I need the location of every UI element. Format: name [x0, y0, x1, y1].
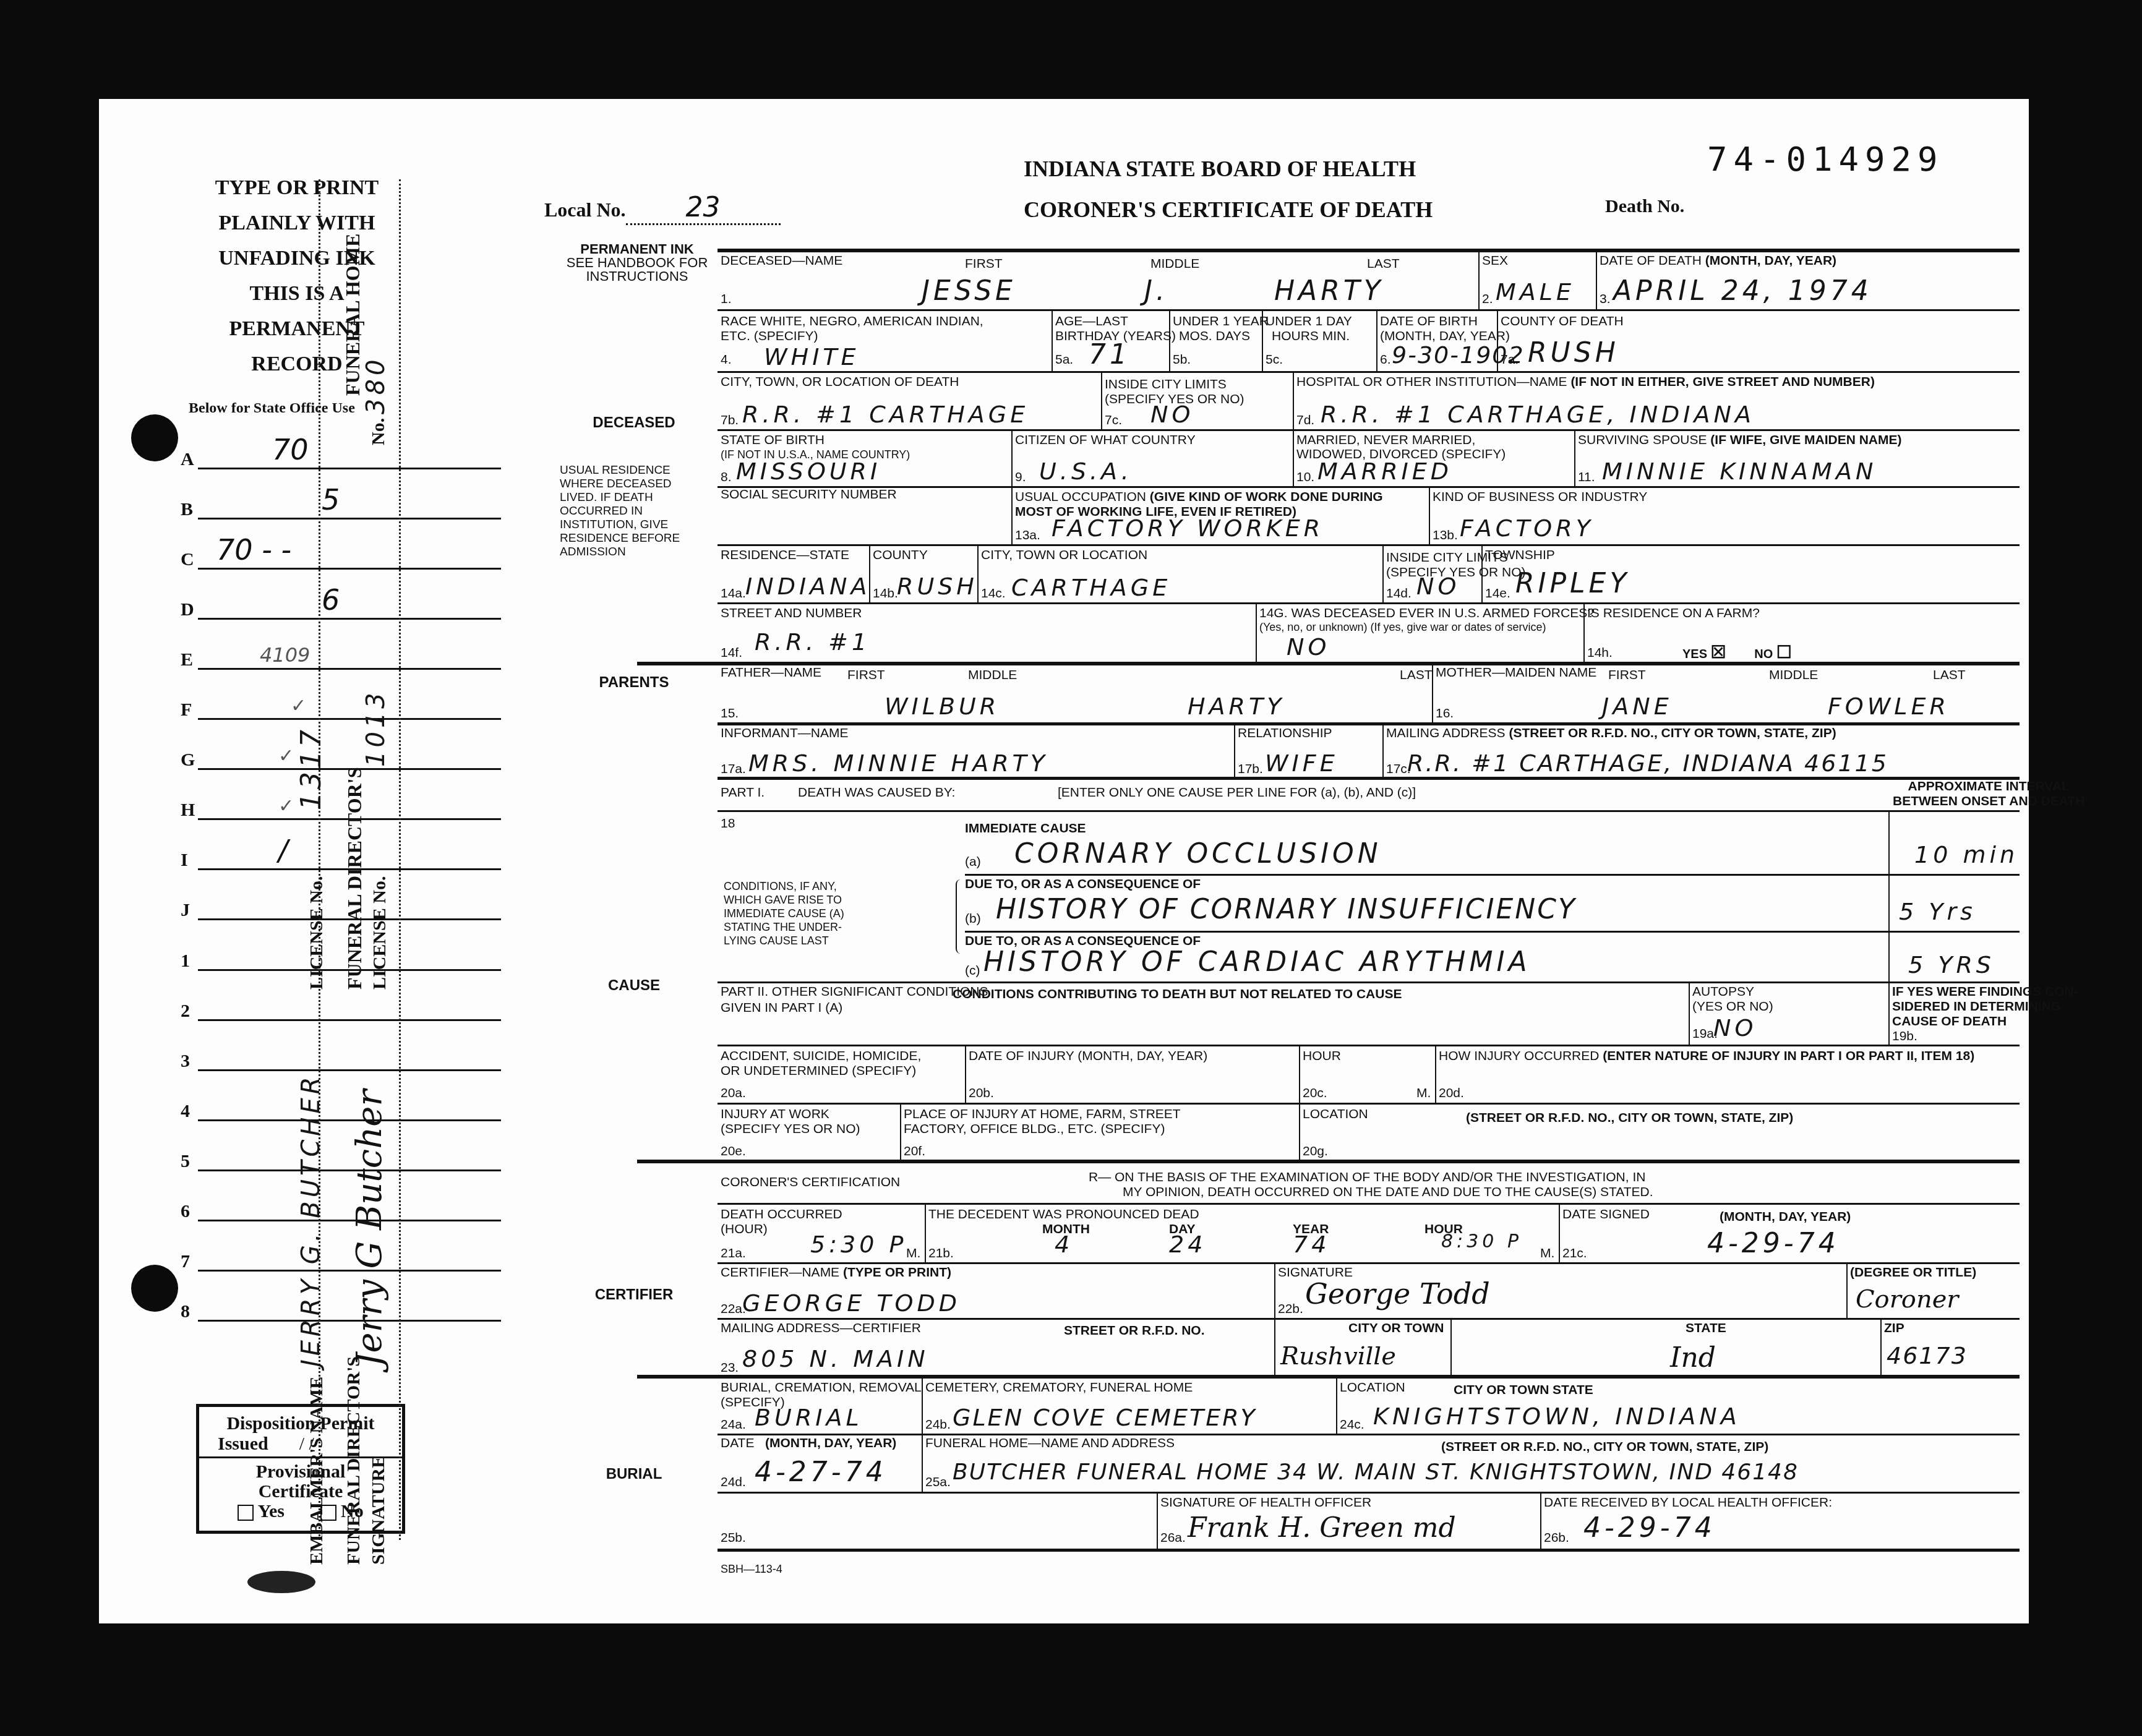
item-number: 13a. — [1015, 528, 1040, 543]
field-label: FIRST — [965, 257, 1003, 272]
field-label: LAST — [1400, 668, 1433, 683]
field-label: R— ON THE BASIS OF THE EXAMINATION OF TH… — [1089, 1170, 1645, 1185]
field-label: DATE OF INJURY (MONTH, DAY, YEAR) — [969, 1049, 1207, 1064]
field-label: APPROXIMATE INTERVALBETWEEN ONSET AND DE… — [1893, 779, 2084, 809]
item-number: 21a. — [721, 1246, 746, 1261]
vertical-rule — [965, 1046, 966, 1103]
form-text: 2 — [181, 1001, 190, 1022]
item-number: M. — [1540, 1246, 1554, 1261]
field-label: CEMETERY, CREMATORY, FUNERAL HOME — [925, 1380, 1193, 1395]
form-text: (IF WIFE, GIVE MAIDEN NAME) — [1710, 433, 1901, 447]
field-label: INFORMANT—NAME — [721, 726, 849, 741]
funeral-home-no: 380 — [362, 356, 390, 414]
field-label: OR UNDETERMINED (SPECIFY) — [721, 1064, 916, 1079]
field-label: THE DECEDENT WAS PRONOUNCED DEAD — [928, 1207, 1199, 1222]
form-text: HOSPITAL OR OTHER INSTITUTION—NAME — [1296, 375, 1567, 389]
horizontal-rule — [718, 429, 2020, 431]
permanent-ink-note: PERMANENT INK SEE HANDBOOK FOR INSTRUCTI… — [550, 242, 724, 283]
horizontal-rule — [718, 249, 2020, 252]
usual-residence-note: USUAL RESIDENCEWHERE DECEASEDLIVED. IF D… — [560, 464, 680, 559]
field-label: GIVEN IN PART I (A) — [721, 1001, 842, 1016]
item-number: 8. — [721, 470, 732, 485]
section-parents: PARENTS — [563, 674, 705, 691]
item-number: 24a. — [721, 1417, 746, 1432]
form-text: ADMISSION — [560, 545, 680, 559]
field-label: CORONER'S CERTIFICATION — [721, 1175, 900, 1190]
field-label: INJURY AT WORK — [721, 1107, 829, 1122]
item-number: 14h. — [1587, 646, 1613, 661]
form-text: SURVIVING SPOUSE — [1578, 433, 1707, 447]
embalmer-name: JERRY G. BUTCHER — [297, 1074, 325, 1367]
form-text: SEE HANDBOOK FOR — [550, 256, 724, 270]
field-label: HOSPITAL OR OTHER INSTITUTION—NAME (IF N… — [1296, 375, 1875, 390]
item-number: (a) — [965, 855, 981, 870]
horizontal-rule — [718, 1262, 2020, 1264]
item-number: 5a. — [1055, 353, 1073, 367]
form-text: (MONTH, DAY, YEAR) — [1705, 254, 1836, 268]
form-text: 4 — [181, 1101, 190, 1122]
item-number: 25b. — [721, 1531, 746, 1546]
form-code: SBH—113-4 — [721, 1562, 782, 1576]
local-no: Local No.23 — [544, 192, 781, 225]
race: WHITE — [764, 343, 860, 370]
street-and-number: R.R. #1 — [755, 628, 870, 656]
field-label: FACTORY, OFFICE BLDG., ETC. (SPECIFY) — [904, 1122, 1165, 1137]
horizontal-rule — [718, 1103, 2020, 1105]
field-label: LOCATION — [1340, 1380, 1405, 1395]
certifier-name: GEORGE TODD — [742, 1289, 961, 1317]
section-certifier: CERTIFIER — [563, 1286, 705, 1304]
form-title-block: INDIANA STATE BOARD OF HEALTH CORONER'S … — [1024, 148, 1433, 230]
item-number: 24c. — [1340, 1417, 1364, 1432]
horizontal-rule — [637, 1375, 2020, 1379]
vertical-rule — [1888, 983, 1890, 1045]
item-number: 6. — [1380, 353, 1391, 367]
vertical-rule — [1234, 724, 1235, 777]
field-label: CONDITIONS CONTRIBUTING TO DEATH BUT NOT… — [953, 987, 1402, 1002]
office-row-2: 2 — [198, 994, 501, 1021]
form-text: J — [181, 900, 190, 921]
form-text: WAS DECEASED EVER IN U.S. ARMED FORCES? — [1291, 606, 1595, 620]
item-number: 18 — [721, 816, 735, 831]
conditions-bracket — [956, 879, 963, 954]
field-label: SIGNATURE OF HEALTH OFFICER — [1160, 1495, 1371, 1510]
item-number: 20f. — [904, 1144, 925, 1159]
form-text: Issued — [218, 1434, 268, 1454]
horizontal-rule — [718, 810, 2020, 812]
field-label: (Yes, no, or unknown) (If yes, give war … — [1259, 620, 1546, 635]
vertical-rule — [1101, 372, 1102, 429]
form-text: LYING CAUSE LAST — [724, 934, 844, 947]
form-text: / — [278, 834, 288, 867]
form-text: CERTIFIER—NAME — [721, 1265, 839, 1280]
field-label: DUE TO, OR AS A CONSEQUENCE OF — [965, 877, 1201, 892]
horizontal-rule — [718, 371, 2020, 373]
field-label: DECEASED—NAME — [721, 254, 842, 268]
field-label: UNDER 1 DAY — [1266, 314, 1352, 329]
form-text: D — [181, 599, 194, 620]
item-number: 3. — [1600, 292, 1611, 307]
office-row-b: B5 — [198, 493, 501, 520]
residence-inside-limits: NO — [1416, 573, 1460, 600]
item-number: 14e. — [1485, 586, 1510, 601]
item-number: 7d. — [1296, 413, 1314, 428]
field-label: MOS. DAYS — [1179, 329, 1250, 344]
section-cause: CAUSE — [563, 977, 705, 994]
item-number: 7b. — [721, 413, 739, 428]
field-label: CITY OR TOWN — [1454, 1383, 1549, 1398]
vertical-rule — [1382, 724, 1384, 777]
field-label: LOCATION — [1303, 1107, 1368, 1122]
issued-row: Issued/ / — [199, 1434, 402, 1454]
mother-first-name: JANE — [1602, 693, 1673, 720]
farm-choice: YES ☒ NO ☐ — [1682, 642, 1792, 662]
marital-status: MARRIED — [1317, 458, 1452, 485]
funeral-home: BUTCHER FUNERAL HOME 34 W. MAIN ST. KNIG… — [953, 1460, 1799, 1485]
field-label: MIDDLE — [968, 668, 1017, 683]
field-label: HOURS MIN. — [1272, 329, 1350, 344]
field-label: DATE RECEIVED BY LOCAL HEALTH OFFICER: — [1544, 1495, 1832, 1510]
funeral-director-label: FUNERAL DIRECTOR'S — [343, 768, 366, 990]
instruction-line: TYPE OR PRINT — [99, 170, 495, 205]
vertical-rule — [925, 1204, 926, 1262]
certifier-state: Ind — [1670, 1342, 1716, 1374]
form-text: ✓ — [291, 695, 306, 717]
state-of-birth: MISSOURI — [736, 458, 881, 485]
horizontal-rule — [965, 874, 2020, 876]
field-label: MIDDLE — [1769, 668, 1818, 683]
form-text: 5 — [322, 483, 340, 516]
field-label: (DEGREE OR TITLE) — [1850, 1265, 1976, 1280]
farm-no-checkbox[interactable]: ☐ — [1776, 643, 1792, 662]
form-text: CONDITIONS, IF ANY, — [724, 879, 844, 893]
horizontal-rule — [965, 931, 2020, 933]
horizontal-rule — [718, 1492, 2020, 1494]
form-text: 6 — [181, 1201, 190, 1222]
section-burial: BURIAL — [563, 1466, 705, 1483]
cause-a: CORNARY OCCLUSION — [1014, 838, 1382, 870]
disposition-title: Disposition Permit — [199, 1407, 402, 1434]
form-text: HOW INJURY OCCURRED — [1439, 1049, 1599, 1063]
field-label: PART I. — [721, 785, 765, 800]
item-number: 24b. — [925, 1417, 951, 1432]
citizenship: U.S.A. — [1039, 458, 1133, 485]
form-text: ✓ — [278, 795, 294, 817]
horizontal-rule — [637, 662, 2020, 665]
field-label: DATE OF BIRTH — [1380, 314, 1478, 329]
kind-of-business: FACTORY — [1460, 515, 1594, 542]
form-text: INSTRUCTIONS — [550, 270, 724, 283]
field-label: ZIP — [1884, 1321, 1904, 1336]
office-row-e: E4109 — [198, 643, 501, 670]
horizontal-rule — [718, 722, 2020, 725]
form-text: WHICH GAVE RISE TO — [724, 893, 844, 907]
item-number: 4. — [721, 353, 732, 367]
form-text: STATING THE UNDER- — [724, 920, 844, 934]
embalmer-license-label: LICENSE No. — [306, 876, 327, 990]
form-text: 3 — [181, 1051, 190, 1072]
item-number: 20c. — [1303, 1086, 1327, 1101]
form-text: (ENTER NATURE OF INJURY IN PART I OR PAR… — [1603, 1049, 1974, 1063]
director-signature: Jerry G Butcher — [349, 1090, 390, 1367]
certifier-title: Coroner — [1856, 1285, 1958, 1314]
item-number: 14c. — [981, 586, 1006, 601]
farm-yes-checkbox[interactable]: ☒ — [1711, 643, 1726, 662]
item-number: 14d. — [1386, 586, 1412, 601]
residence-county: RUSH — [897, 573, 978, 600]
cause-c-interval: 5 YRS — [1908, 951, 1995, 978]
vertical-rule — [1256, 604, 1257, 662]
item-number: 20e. — [721, 1144, 746, 1159]
field-label: LAST — [1933, 668, 1966, 683]
vertical-rule — [1011, 487, 1013, 544]
form-text: USUAL RESIDENCE — [560, 464, 680, 477]
office-row-a: A70 — [198, 443, 501, 469]
field-label: CITY, TOWN OR LOCATION — [981, 548, 1147, 563]
form-text: 4109 — [260, 643, 310, 667]
office-row-g: G✓ — [198, 743, 501, 770]
father-first-name: WILBUR — [885, 693, 1000, 720]
form-text: APPROXIMATE INTERVAL — [1893, 779, 2084, 794]
form-text: LIVED. IF DEATH — [560, 491, 680, 505]
form-text: 14g. — [1259, 606, 1288, 620]
item-number: 9. — [1015, 470, 1026, 485]
field-label: BURIAL, CREMATION, REMOVAL — [721, 1380, 922, 1395]
item-number: 25a. — [925, 1475, 951, 1490]
director-signature-label: FUNERAL DIRECTOR'S — [343, 1356, 364, 1565]
cause-b-interval: 5 Yrs — [1899, 898, 1976, 925]
field-label: RELATIONSHIP — [1238, 726, 1332, 741]
age: 71 — [1089, 339, 1131, 370]
form-text: (MONTH, DAY, YEAR) — [765, 1436, 896, 1450]
field-label: STREET AND NUMBER — [721, 606, 862, 621]
vertical-rule — [1540, 1493, 1541, 1549]
field-label: RESIDENCE—STATE — [721, 548, 849, 563]
field-label: CAUSE OF DEATH — [1892, 1014, 2007, 1029]
form-text: RESIDENCE BEFORE — [560, 532, 680, 545]
field-label: 14g. WAS DECEASED EVER IN U.S. ARMED FOR… — [1259, 606, 1595, 621]
pronounced-year: 74 — [1293, 1231, 1330, 1258]
instruction-line: UNFADING INK — [99, 241, 495, 276]
burial-date: 4-27-74 — [755, 1456, 887, 1488]
field-label: (YES OR NO) — [1692, 999, 1773, 1014]
burial-location: KNIGHTSTOWN, INDIANA — [1373, 1403, 1741, 1430]
field-label: SIDERED IN DETERMINING — [1892, 999, 2061, 1014]
form-text: I — [181, 850, 188, 871]
perforation-line — [399, 179, 401, 1540]
provisional-yes-checkbox[interactable] — [238, 1505, 254, 1521]
vertical-rule — [1888, 811, 1890, 981]
certifier-zip: 46173 — [1887, 1342, 1968, 1369]
item-number: 26a. — [1160, 1531, 1186, 1546]
item-number: 20g. — [1303, 1144, 1328, 1159]
death-no-label: Death No. — [1605, 196, 1684, 217]
field-label: (HOUR) — [721, 1222, 768, 1237]
father-last-name: HARTY — [1188, 693, 1285, 720]
form-text: PERMANENT INK — [550, 242, 724, 256]
certifier-signature: George Todd — [1305, 1277, 1490, 1311]
item-number: 23. — [721, 1361, 739, 1375]
form-text: 70 — [272, 433, 309, 466]
item-number: 7a. — [1501, 353, 1519, 367]
date-received: 4-29-74 — [1583, 1512, 1716, 1544]
field-label: (STREET OR R.F.D. NO., CITY OR TOWN, STA… — [1466, 1111, 1793, 1126]
horizontal-rule — [718, 1045, 2020, 1046]
item-number: 19b. — [1892, 1029, 1917, 1044]
cemetery: GLEN COVE CEMETERY — [953, 1404, 1257, 1431]
pronounced-hour: 8:30 P — [1441, 1231, 1522, 1252]
field-label: IF YES WERE FINDINGS CON- — [1892, 985, 2078, 999]
instruction-line: THIS IS A — [99, 276, 495, 311]
field-label: MAILING ADDRESS—CERTIFIER — [721, 1321, 921, 1336]
deceased-sex: MALE — [1496, 278, 1575, 306]
vertical-rule — [1336, 1377, 1337, 1434]
field-label: (SPECIFY YES OR NO) — [721, 1122, 860, 1137]
field-label: MIDDLE — [1150, 257, 1199, 272]
field-label: STREET OR R.F.D. NO. — [1064, 1323, 1205, 1338]
vertical-rule — [1478, 250, 1480, 309]
item-number: 26b. — [1544, 1531, 1569, 1546]
embalmer-name-label: EMBALMER'S NAME — [306, 1377, 327, 1565]
form-text: USUAL OCCUPATION — [1015, 490, 1146, 504]
pronounced-day: 24 — [1169, 1231, 1206, 1258]
surviving-spouse: MINNIE KINNAMAN — [1602, 458, 1877, 485]
field-label: ACCIDENT, SUICIDE, HOMICIDE, — [721, 1049, 921, 1064]
vertical-rule — [1880, 1319, 1882, 1375]
date-of-death: APRIL 24, 1974 — [1613, 275, 1872, 307]
deceased-last-name: HARTY — [1274, 275, 1384, 307]
form-text: C — [181, 549, 194, 570]
vertical-rule — [1429, 487, 1430, 544]
vertical-rule — [1052, 310, 1053, 371]
form-title: CORONER'S CERTIFICATE OF DEATH — [1024, 189, 1433, 230]
form-text: OCCURRED IN — [560, 505, 680, 518]
death-occurred-hour: 5:30 P — [810, 1231, 907, 1258]
horizontal-rule — [637, 1160, 2020, 1163]
date-signed: 4-29-74 — [1707, 1228, 1840, 1259]
field-label: MARRIED, NEVER MARRIED, — [1296, 433, 1475, 448]
item-number: 16. — [1436, 706, 1454, 721]
form-text: (TYPE OR PRINT) — [843, 1265, 951, 1280]
date-of-death-label: DATE OF DEATH (MONTH, DAY, YEAR) — [1600, 254, 1836, 268]
form-text: WHERE DECEASED — [560, 477, 680, 491]
form-text: YES — [1682, 648, 1707, 661]
field-label: STATE — [1553, 1383, 1593, 1398]
item-number: 5b. — [1173, 353, 1191, 367]
item-number: 2. — [1482, 292, 1493, 307]
item-number: M. — [1416, 1086, 1431, 1101]
instructions-block: TYPE OR PRINT PLAINLY WITH UNFADING INK … — [99, 170, 495, 382]
form-text: MAILING ADDRESS — [1386, 726, 1506, 740]
item-number: 21b. — [928, 1246, 954, 1261]
form-text: Yes — [258, 1501, 285, 1521]
field-label: ETC. (SPECIFY) — [721, 329, 818, 344]
form-text: 6 — [322, 583, 340, 617]
inside-city-limits: NO — [1150, 401, 1194, 428]
informant-mailing-address: R.R. #1 CARTHAGE, INDIANA 46115 — [1407, 750, 1888, 777]
county-of-death: RUSH — [1528, 337, 1619, 369]
deceased-middle-name: J. — [1144, 275, 1168, 307]
field-label: MAILING ADDRESS (STREET OR R.F.D. NO., C… — [1386, 726, 1836, 741]
item-number: 14a. — [721, 586, 746, 601]
vertical-rule — [1274, 1319, 1275, 1375]
cause-c: HISTORY OF CARDIAC ARYTHMIA — [983, 946, 1530, 978]
item-number: 14b. — [873, 586, 898, 601]
vertical-rule — [1293, 430, 1294, 486]
vertical-rule — [1274, 1264, 1275, 1318]
form-text: B — [181, 499, 193, 520]
field-label: STATE OF BIRTH — [721, 433, 825, 448]
punch-hole — [131, 414, 178, 461]
vertical-rule — [1299, 1104, 1300, 1160]
director-license-label: LICENSE No. — [369, 876, 390, 990]
form-text: IMMEDIATE CAUSE (A) — [724, 907, 844, 920]
item-number: 11. — [1578, 470, 1595, 485]
certifier-street: 805 N. MAIN — [742, 1345, 929, 1372]
field-label: FIRST — [1608, 668, 1646, 683]
vertical-rule — [1293, 372, 1294, 429]
form-text: 8 — [181, 1301, 190, 1322]
horizontal-rule — [718, 544, 2020, 546]
field-label: CITY OR TOWN — [1348, 1321, 1444, 1336]
field-label: SURVIVING SPOUSE (IF WIFE, GIVE MAIDEN N… — [1578, 433, 1902, 448]
field-label: FIRST — [847, 668, 885, 683]
embalmer-license: 1317 — [296, 726, 327, 810]
form-text: H — [181, 800, 195, 821]
instruction-line: PLAINLY WITH — [99, 205, 495, 241]
field-label: AUTOPSY — [1692, 985, 1754, 999]
form-text: G — [181, 750, 195, 771]
autopsy: NO — [1713, 1014, 1757, 1041]
horizontal-rule — [718, 486, 2020, 488]
vertical-rule — [1376, 310, 1377, 371]
form-text: 5 — [181, 1151, 190, 1172]
form-text: 23 — [626, 192, 781, 225]
cause-b: HISTORY OF CORNARY INSUFFICIENCY — [996, 894, 1577, 925]
form-text: DATE — [721, 1436, 754, 1450]
form-text: BETWEEN ONSET AND DEATH — [1893, 794, 2084, 809]
field-label: DATE SIGNED — [1562, 1207, 1650, 1222]
field-label: PART II. OTHER SIGNIFICANT CONDITIONS — [721, 985, 988, 999]
vertical-rule — [1450, 1319, 1452, 1375]
health-officer-signature: Frank H. Green md — [1188, 1512, 1456, 1544]
office-row-f: F✓ — [198, 693, 501, 720]
vertical-rule — [1011, 430, 1013, 486]
field-label: RACE WHITE, NEGRO, AMERICAN INDIAN, — [721, 314, 983, 329]
field-label: (MONTH, DAY, YEAR) — [1720, 1210, 1851, 1225]
field-label: (STREET OR R.F.D. NO., CITY OR TOWN, STA… — [1441, 1440, 1768, 1455]
office-row-c: C70 - - — [198, 543, 501, 570]
vertical-rule — [1689, 983, 1690, 1045]
office-row-d: D6 — [198, 593, 501, 620]
field-label: PLACE OF INJURY AT HOME, FARM, STREET — [904, 1107, 1181, 1122]
funeral-home-no-label: No. — [368, 418, 389, 445]
field-label: SOCIAL SECURITY NUMBER — [721, 487, 897, 502]
field-label: CERTIFIER—NAME (TYPE OR PRINT) — [721, 1265, 951, 1280]
field-label: DEATH OCCURRED — [721, 1207, 842, 1222]
item-number: 7c. — [1105, 413, 1122, 428]
item-number: 20a. — [721, 1086, 746, 1101]
field-label: FUNERAL HOME—NAME AND ADDRESS — [925, 1436, 1175, 1451]
punch-hole — [131, 1265, 178, 1312]
instruction-line: PERMANENT — [99, 311, 495, 346]
item-number: 14f. — [721, 646, 742, 661]
field-label: MOTHER—MAIDEN NAME — [1436, 665, 1596, 680]
item-number: 20b. — [969, 1086, 994, 1101]
item-number: 15. — [721, 706, 739, 721]
horizontal-rule — [718, 777, 2020, 780]
form-text: 7 — [181, 1251, 190, 1272]
